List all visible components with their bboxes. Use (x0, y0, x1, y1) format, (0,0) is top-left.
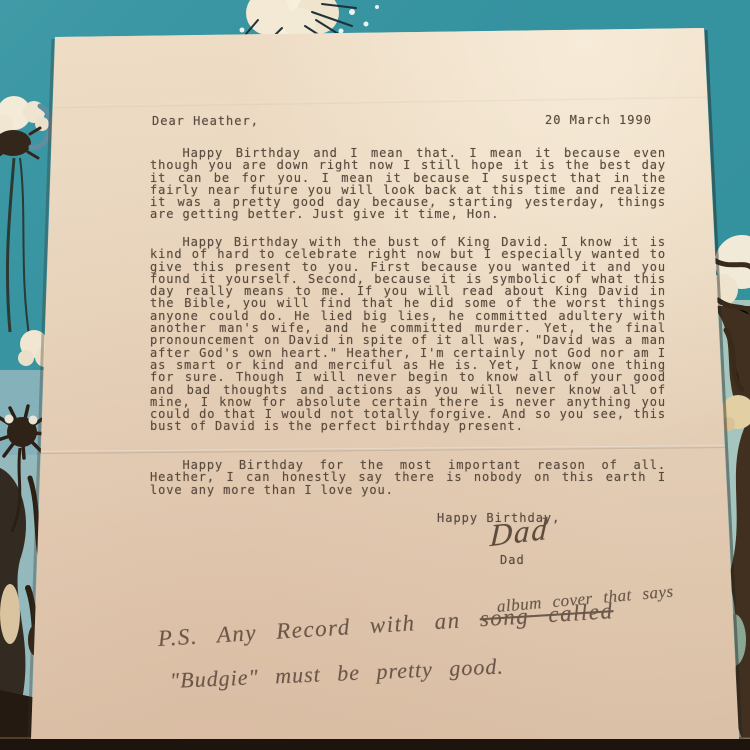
photo-of-letter: Dear Heather, 20 March 1990 Happy Birthd… (0, 0, 750, 750)
postscript-prefix: P.S. Any Record with an (157, 608, 461, 651)
paragraph-2: Happy Birthday with the bust of King Dav… (150, 236, 666, 433)
paragraph-3: Happy Birthday for the most important re… (150, 459, 666, 496)
typed-signature: Dad (500, 554, 525, 566)
paragraph-1: Happy Birthday and I mean that. I mean i… (150, 147, 666, 221)
salutation: Dear Heather, (152, 115, 259, 127)
fold-crease-lower (36, 445, 736, 454)
letter-paper: Dear Heather, 20 March 1990 Happy Birthd… (0, 0, 750, 750)
letter-date: 20 March 1990 (545, 114, 652, 126)
postscript-line2: "Budgie" must be pretty good. (169, 653, 504, 694)
postscript-line1: P.S. Any Record with an song called (157, 598, 614, 652)
handwritten-signature: Dad (489, 511, 550, 555)
fold-crease-upper (36, 95, 736, 109)
